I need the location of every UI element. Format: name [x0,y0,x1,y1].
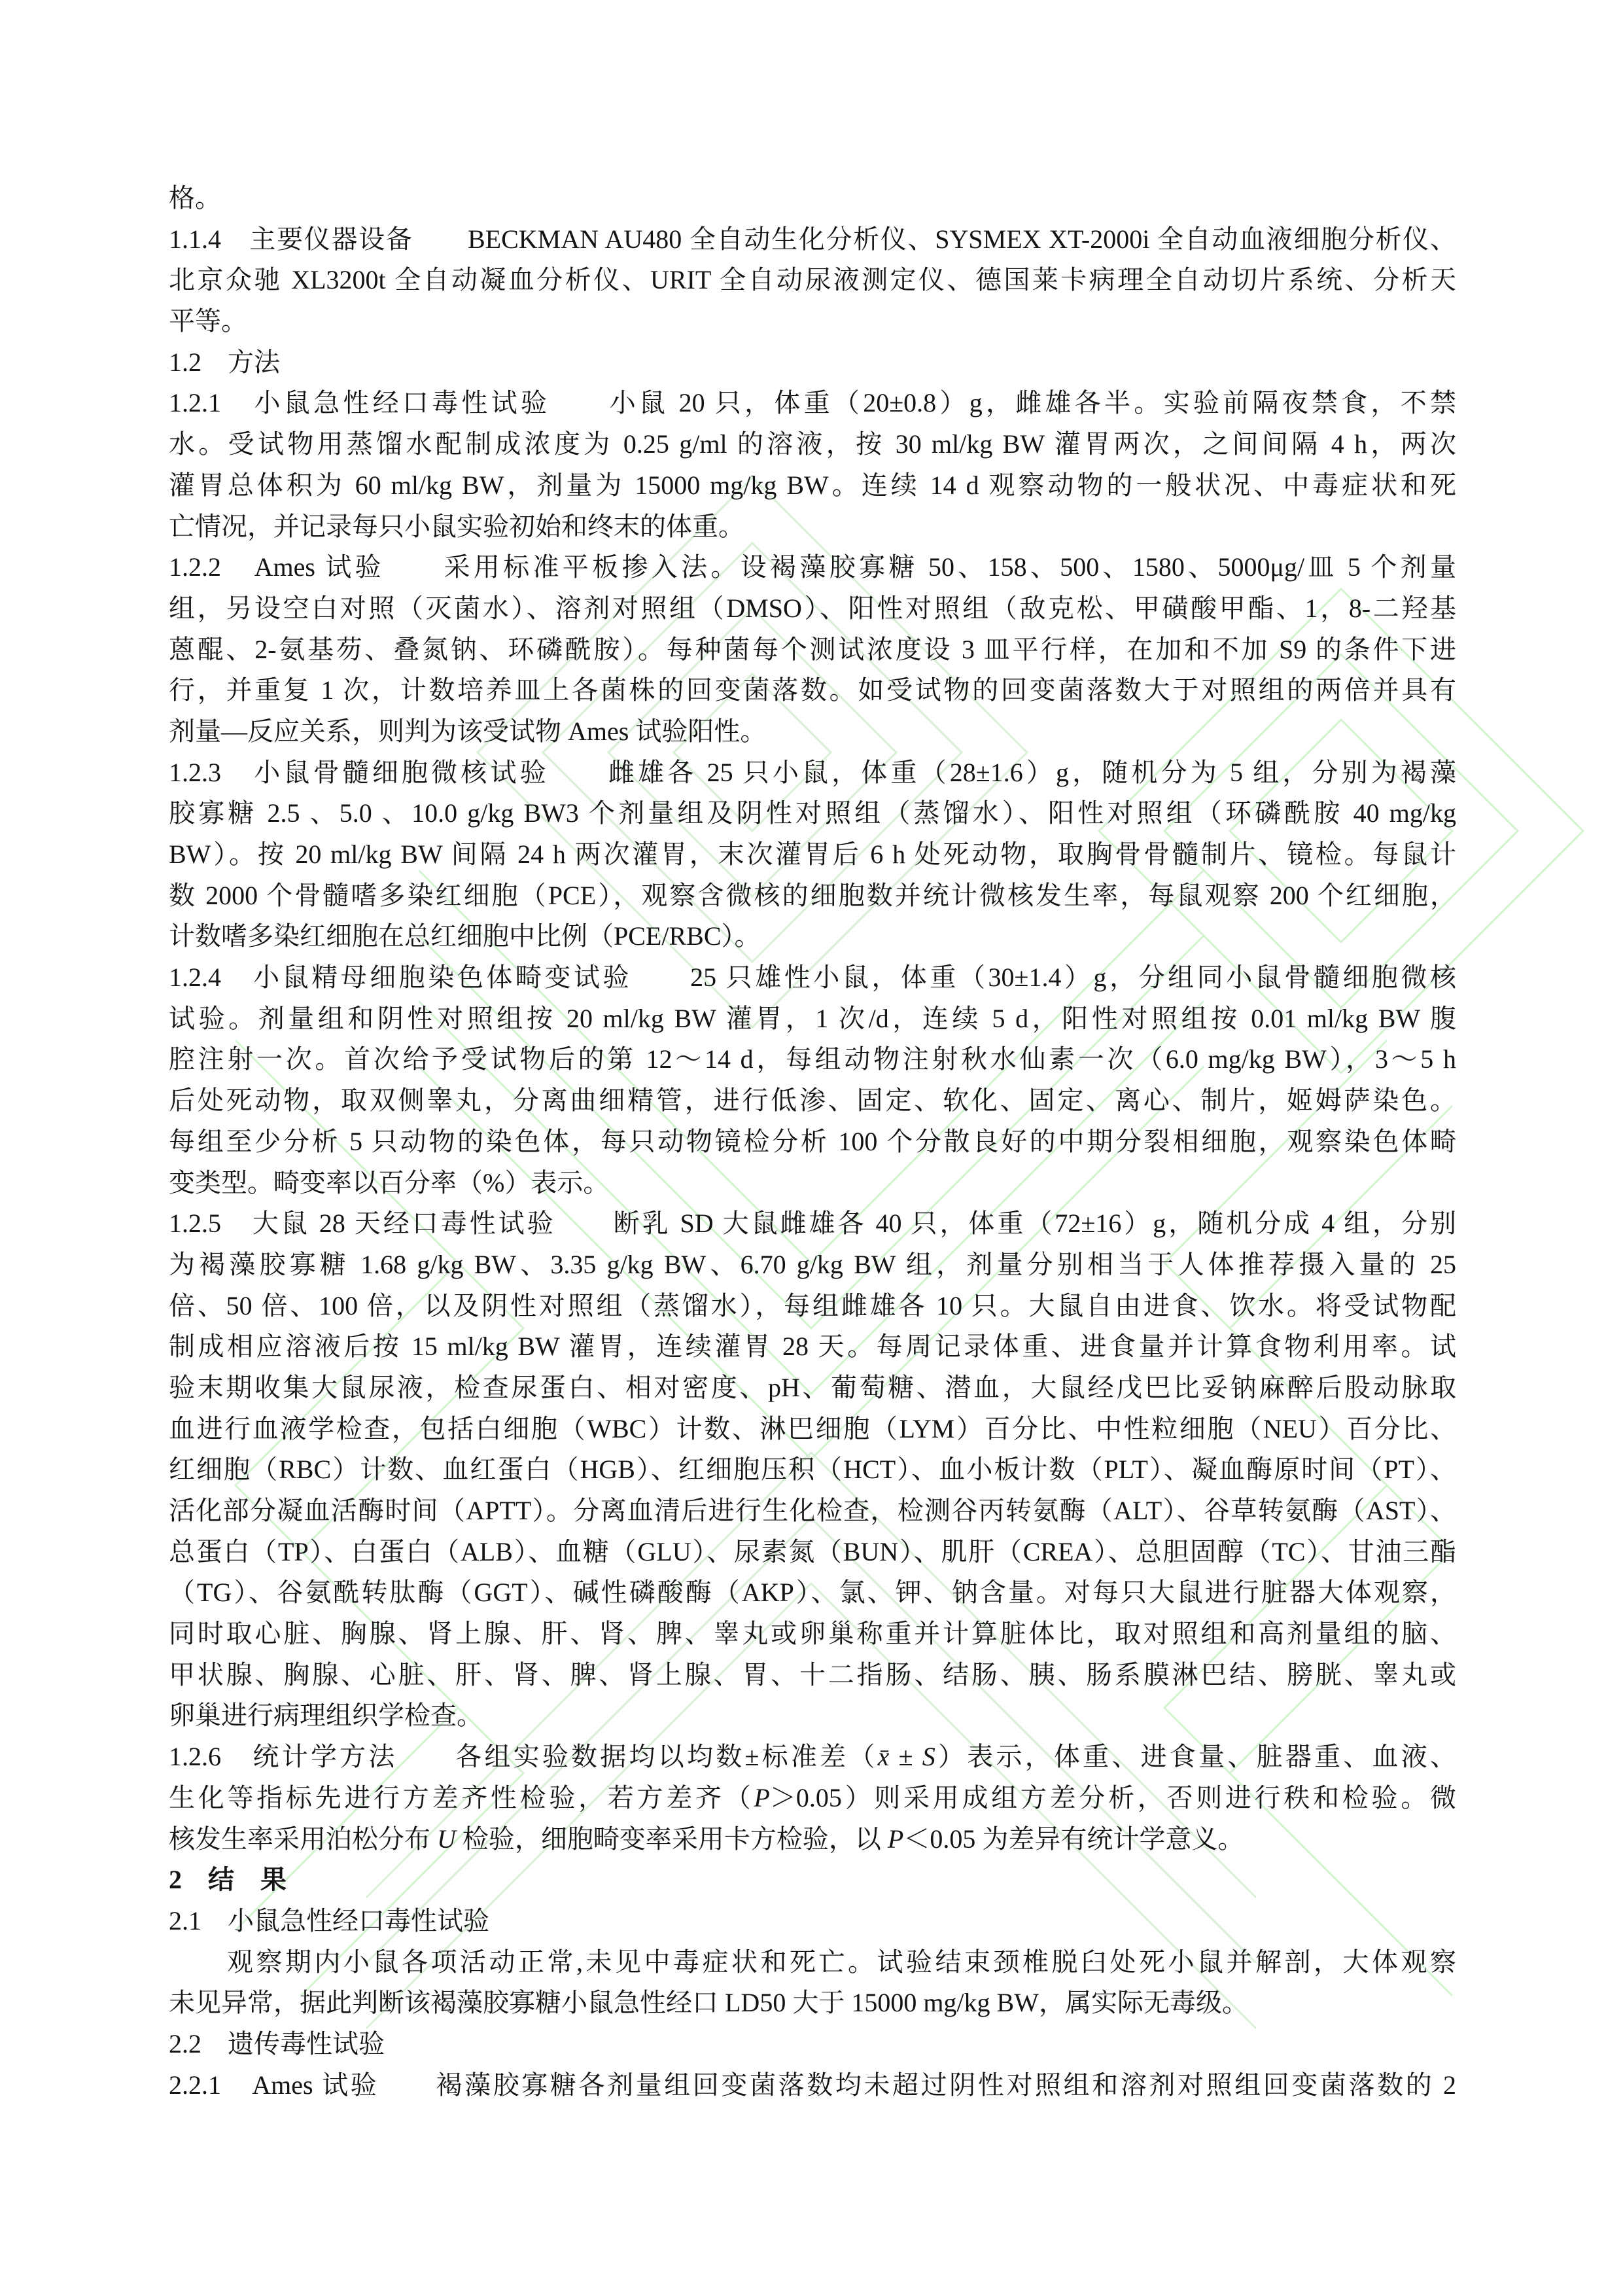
text-line: 腔注射一次。首次给予受试物后的第 12～14 d，每组动物注射秋水仙素一次（6.… [169,1039,1456,1080]
text-line: 北京众驰 XL3200t 全自动凝血分析仪、URIT 全自动尿液测定仪、德国莱卡… [169,260,1456,301]
text-run: 亡情况，并记录每只小鼠实验初始和终末的体重。 [169,512,744,541]
text-run: 格。 [169,183,221,213]
text-line: 后处死动物，取双侧睾丸，分离曲细精管，进行低渗、固定、软化、固定、离心、制片，姬… [169,1080,1456,1122]
text-line: 灌胃总体积为 60 ml/kg BW，剂量为 15000 mg/kg BW。连续… [169,465,1456,506]
text-line: 卵巢进行病理组织学检查。 [169,1695,1456,1737]
text-line: 水。受试物用蒸馏水配制成浓度为 0.25 g/ml 的溶液，按 30 ml/kg… [169,424,1456,465]
text-run: 胶寡糖 2.5 、5.0 、10.0 g/kg BW3 个剂量组及阴性对照组（蒸… [169,798,1456,828]
bold-run: 2 结 果 [169,1865,287,1894]
text-run: 制成相应溶液后按 15 ml/kg BW 灌胃，连续灌胃 28 天。每周记录体重… [169,1332,1456,1361]
document-text: 格。1.1.4 主要仪器设备 BECKMAN AU480 全自动生化分析仪、SY… [169,178,1456,2106]
italic-run: U [437,1824,456,1854]
text-run: （TG）、谷氨酰转肽酶（GGT）、碱性磷酸酶（AKP）、氯、钾、钠含量。对每只大… [169,1578,1456,1607]
text-run: 2.1 小鼠急性经口毒性试验 [169,1906,489,1935]
text-line: 血进行血液学检查，包括白细胞（WBC）计数、淋巴细胞（LYM）百分比、中性粒细胞… [169,1409,1456,1450]
text-line: 2.2 遗传毒性试验 [169,2024,1456,2065]
text-line: 1.2.1 小鼠急性经口毒性试验 小鼠 20 只，体重（20±0.8）g，雌雄各… [169,383,1456,424]
text-line: （TG）、谷氨酰转肽酶（GGT）、碱性磷酸酶（AKP）、氯、钾、钠含量。对每只大… [169,1572,1456,1614]
text-run: 卵巢进行病理组织学检查。 [169,1701,483,1730]
text-line: 变类型。畸变率以百分率（%）表示。 [169,1163,1456,1204]
text-run: 蒽醌、2-氨基芴、叠氮钠、环磷酰胺）。每种菌每个测试浓度设 3 皿平行样，在加和… [169,635,1456,664]
text-line: 1.2.2 Ames 试验 采用标准平板掺入法。设褐藻胶寡糖 50、158、50… [169,547,1456,588]
text-run: 行，并重复 1 次，计数培养皿上各菌株的回变菌落数。如受试物的回变菌落数大于对照… [169,675,1456,705]
text-line: 1.2.4 小鼠精母细胞染色体畸变试验 25 只雄性小鼠，体重（30±1.4）g… [169,957,1456,998]
text-run: 验末期收集大鼠尿液，检查尿蛋白、相对密度、pH、葡萄糖、潜血，大鼠经戊巴比妥钠麻… [169,1373,1456,1402]
text-line: 数 2000 个骨髓嗜多染红细胞（PCE），观察含微核的细胞数并统计微核发生率，… [169,875,1456,917]
text-run: 1.2.2 Ames 试验 采用标准平板掺入法。设褐藻胶寡糖 50、158、50… [169,552,1456,582]
text-run: 总蛋白（TP）、白蛋白（ALB）、血糖（GLU）、尿素氮（BUN）、肌肝（CRE… [169,1537,1456,1566]
text-run: 倍、50 倍、100 倍，以及阴性对照组（蒸馏水），每组雌雄各 10 只。大鼠自… [169,1291,1456,1320]
italic-run: P [888,1824,903,1854]
text-line: 胶寡糖 2.5 、5.0 、10.0 g/kg BW3 个剂量组及阴性对照组（蒸… [169,793,1456,834]
text-line: 1.1.4 主要仪器设备 BECKMAN AU480 全自动生化分析仪、SYSM… [169,219,1456,260]
text-line: 1.2.5 大鼠 28 天经口毒性试验 断乳 SD 大鼠雌雄各 40 只，体重（… [169,1203,1456,1245]
text-run: 平等。 [169,306,247,336]
text-line: 活化部分凝血活酶时间（APTT）。分离血清后进行生化检查，检测谷丙转氨酶（ALT… [169,1491,1456,1532]
text-run: 观察期内小鼠各项活动正常,未见中毒症状和死亡。试验结束颈椎脱臼处死小鼠并解剖，大… [169,1947,1456,1977]
text-line: 同时取心脏、胸腺、肾上腺、肝、肾、脾、睾丸或卵巢称重并计算脏体比，取对照组和高剂… [169,1614,1456,1655]
text-line: BW）。按 20 ml/kg BW 间隔 24 h 两次灌胃，末次灌胃后 6 h… [169,834,1456,875]
text-line: 计数嗜多染红细胞在总红细胞中比例（PCE/RBC）。 [169,916,1456,957]
italic-run: x̄ [878,1742,890,1771]
text-run: ）表示，体重、进食量、脏器重、血液、 [935,1742,1456,1771]
text-line: 2 结 果 [169,1860,1456,1901]
text-line: 观察期内小鼠各项活动正常,未见中毒症状和死亡。试验结束颈椎脱臼处死小鼠并解剖，大… [169,1942,1456,1983]
text-line: 生化等指标先进行方差齐性检验，若方差齐（P＞0.05）则采用成组方差分析，否则进… [169,1778,1456,1819]
text-line: 1.2.6 统计学方法 各组实验数据均以均数±标准差（x̄ ± S）表示，体重、… [169,1737,1456,1778]
text-run: 后处死动物，取双侧睾丸，分离曲细精管，进行低渗、固定、软化、固定、离心、制片，姬… [169,1086,1456,1115]
text-run: 组，另设空白对照（灭菌水）、溶剂对照组（DMSO）、阳性对照组（敌克松、甲磺酸甲… [169,593,1456,623]
text-line: 剂量—反应关系，则判为该受试物 Ames 试验阳性。 [169,711,1456,752]
text-run: 每组至少分析 5 只动物的染色体，每只动物镜检分析 100 个分散良好的中期分裂… [169,1127,1456,1156]
text-run: 数 2000 个骨髓嗜多染红细胞（PCE），观察含微核的细胞数并统计微核发生率，… [169,881,1456,910]
text-line: 2.1 小鼠急性经口毒性试验 [169,1901,1456,1942]
text-run: BW）。按 20 ml/kg BW 间隔 24 h 两次灌胃，末次灌胃后 6 h… [169,839,1456,869]
text-run: 1.2.4 小鼠精母细胞染色体畸变试验 25 只雄性小鼠，体重（30±1.4）g… [169,963,1456,992]
text-run: 剂量—反应关系，则判为该受试物 Ames 试验阳性。 [169,716,766,746]
text-run: 1.2.1 小鼠急性经口毒性试验 小鼠 20 只，体重（20±0.8）g，雌雄各… [169,388,1456,417]
text-line: 未见异常，据此判断该褐藻胶寡糖小鼠急性经口 LD50 大于 15000 mg/k… [169,1983,1456,2024]
text-line: 为褐藻胶寡糖 1.68 g/kg BW、3.35 g/kg BW、6.70 g/… [169,1245,1456,1286]
text-line: 行，并重复 1 次，计数培养皿上各菌株的回变菌落数。如受试物的回变菌落数大于对照… [169,670,1456,711]
text-run: 1.2 方法 [169,347,280,377]
text-line: 平等。 [169,301,1456,342]
text-run: ＜0.05 为差异有统计学意义。 [903,1824,1244,1854]
text-line: 亡情况，并记录每只小鼠实验初始和终末的体重。 [169,506,1456,548]
text-line: 蒽醌、2-氨基芴、叠氮钠、环磷酰胺）。每种菌每个测试浓度设 3 皿平行样，在加和… [169,629,1456,671]
text-run: 活化部分凝血活酶时间（APTT）。分离血清后进行生化检查，检测谷丙转氨酶（ALT… [169,1496,1456,1525]
text-line: 核发生率采用泊松分布 U 检验，细胞畸变率采用卡方检验，以 P＜0.05 为差异… [169,1819,1456,1860]
text-run: ＞0.05）则采用成组方差分析，否则进行秩和检验。微 [770,1783,1456,1812]
page: 格。1.1.4 主要仪器设备 BECKMAN AU480 全自动生化分析仪、SY… [0,0,1623,2296]
text-line: 1.2.3 小鼠骨髓细胞微核试验 雌雄各 25 只小鼠，体重（28±1.6）g，… [169,752,1456,794]
text-run: 腔注射一次。首次给予受试物后的第 12～14 d，每组动物注射秋水仙素一次（6.… [169,1044,1456,1074]
text-line: 2.2.1 Ames 试验 褐藻胶寡糖各剂量组回变菌落数均未超过阴性对照组和溶剂… [169,2065,1456,2106]
text-run: 计数嗜多染红细胞在总红细胞中比例（PCE/RBC）。 [169,921,761,951]
text-run: 未见异常，据此判断该褐藻胶寡糖小鼠急性经口 LD50 大于 15000 mg/k… [169,1988,1248,2017]
text-run: 1.2.6 统计学方法 各组实验数据均以均数±标准差（ [169,1742,878,1771]
text-run: 2.2.1 Ames 试验 褐藻胶寡糖各剂量组回变菌落数均未超过阴性对照组和溶剂… [169,2070,1456,2100]
text-run: 同时取心脏、胸腺、肾上腺、肝、肾、脾、睾丸或卵巢称重并计算脏体比，取对照组和高剂… [169,1619,1456,1648]
text-line: 倍、50 倍、100 倍，以及阴性对照组（蒸馏水），每组雌雄各 10 只。大鼠自… [169,1286,1456,1327]
text-run: 为褐藻胶寡糖 1.68 g/kg BW、3.35 g/kg BW、6.70 g/… [169,1250,1456,1279]
text-run: 1.2.3 小鼠骨髓细胞微核试验 雌雄各 25 只小鼠，体重（28±1.6）g，… [169,758,1456,787]
text-line: 甲状腺、胸腺、心脏、肝、肾、脾、肾上腺、胃、十二指肠、结肠、胰、肠系膜淋巴结、膀… [169,1655,1456,1696]
text-line: 红细胞（RBC）计数、血红蛋白（HGB）、红细胞压积（HCT）、血小板计数（PL… [169,1449,1456,1491]
text-line: 总蛋白（TP）、白蛋白（ALB）、血糖（GLU）、尿素氮（BUN）、肌肝（CRE… [169,1532,1456,1573]
text-run: 试验。剂量组和阴性对照组按 20 ml/kg BW 灌胃，1 次/d，连续 5 … [169,1004,1456,1033]
text-line: 每组至少分析 5 只动物的染色体，每只动物镜检分析 100 个分散良好的中期分裂… [169,1122,1456,1163]
text-run: 核发生率采用泊松分布 [169,1824,437,1854]
text-run: 变类型。畸变率以百分率（%）表示。 [169,1168,609,1197]
text-run: 检验，细胞畸变率采用卡方检验，以 [456,1824,888,1854]
text-run: 甲状腺、胸腺、心脏、肝、肾、脾、肾上腺、胃、十二指肠、结肠、胰、肠系膜淋巴结、膀… [169,1660,1456,1689]
text-line: 验末期收集大鼠尿液，检查尿蛋白、相对密度、pH、葡萄糖、潜血，大鼠经戊巴比妥钠麻… [169,1368,1456,1409]
text-run: 2.2 遗传毒性试验 [169,2029,385,2058]
text-line: 格。 [169,178,1456,219]
text-line: 组，另设空白对照（灭菌水）、溶剂对照组（DMSO）、阳性对照组（敌克松、甲磺酸甲… [169,588,1456,629]
text-line: 制成相应溶液后按 15 ml/kg BW 灌胃，连续灌胃 28 天。每周记录体重… [169,1326,1456,1368]
text-line: 试验。剂量组和阴性对照组按 20 ml/kg BW 灌胃，1 次/d，连续 5 … [169,998,1456,1040]
text-run: 水。受试物用蒸馏水配制成浓度为 0.25 g/ml 的溶液，按 30 ml/kg… [169,429,1456,459]
text-line: 1.2 方法 [169,342,1456,383]
text-run: ± [889,1742,922,1771]
text-run: 生化等指标先进行方差齐性检验，若方差齐（ [169,1783,754,1812]
text-run: 灌胃总体积为 60 ml/kg BW，剂量为 15000 mg/kg BW。连续… [169,470,1456,500]
italic-run: S [922,1742,935,1771]
text-run: 血进行血液学检查，包括白细胞（WBC）计数、淋巴细胞（LYM）百分比、中性粒细胞… [169,1414,1456,1443]
text-run: 红细胞（RBC）计数、血红蛋白（HGB）、红细胞压积（HCT）、血小板计数（PL… [169,1455,1456,1484]
text-run: 1.2.5 大鼠 28 天经口毒性试验 断乳 SD 大鼠雌雄各 40 只，体重（… [169,1209,1456,1238]
text-run: 北京众驰 XL3200t 全自动凝血分析仪、URIT 全自动尿液测定仪、德国莱卡… [169,265,1456,294]
text-run: 1.1.4 主要仪器设备 BECKMAN AU480 全自动生化分析仪、SYSM… [169,224,1456,254]
italic-run: P [754,1783,769,1812]
